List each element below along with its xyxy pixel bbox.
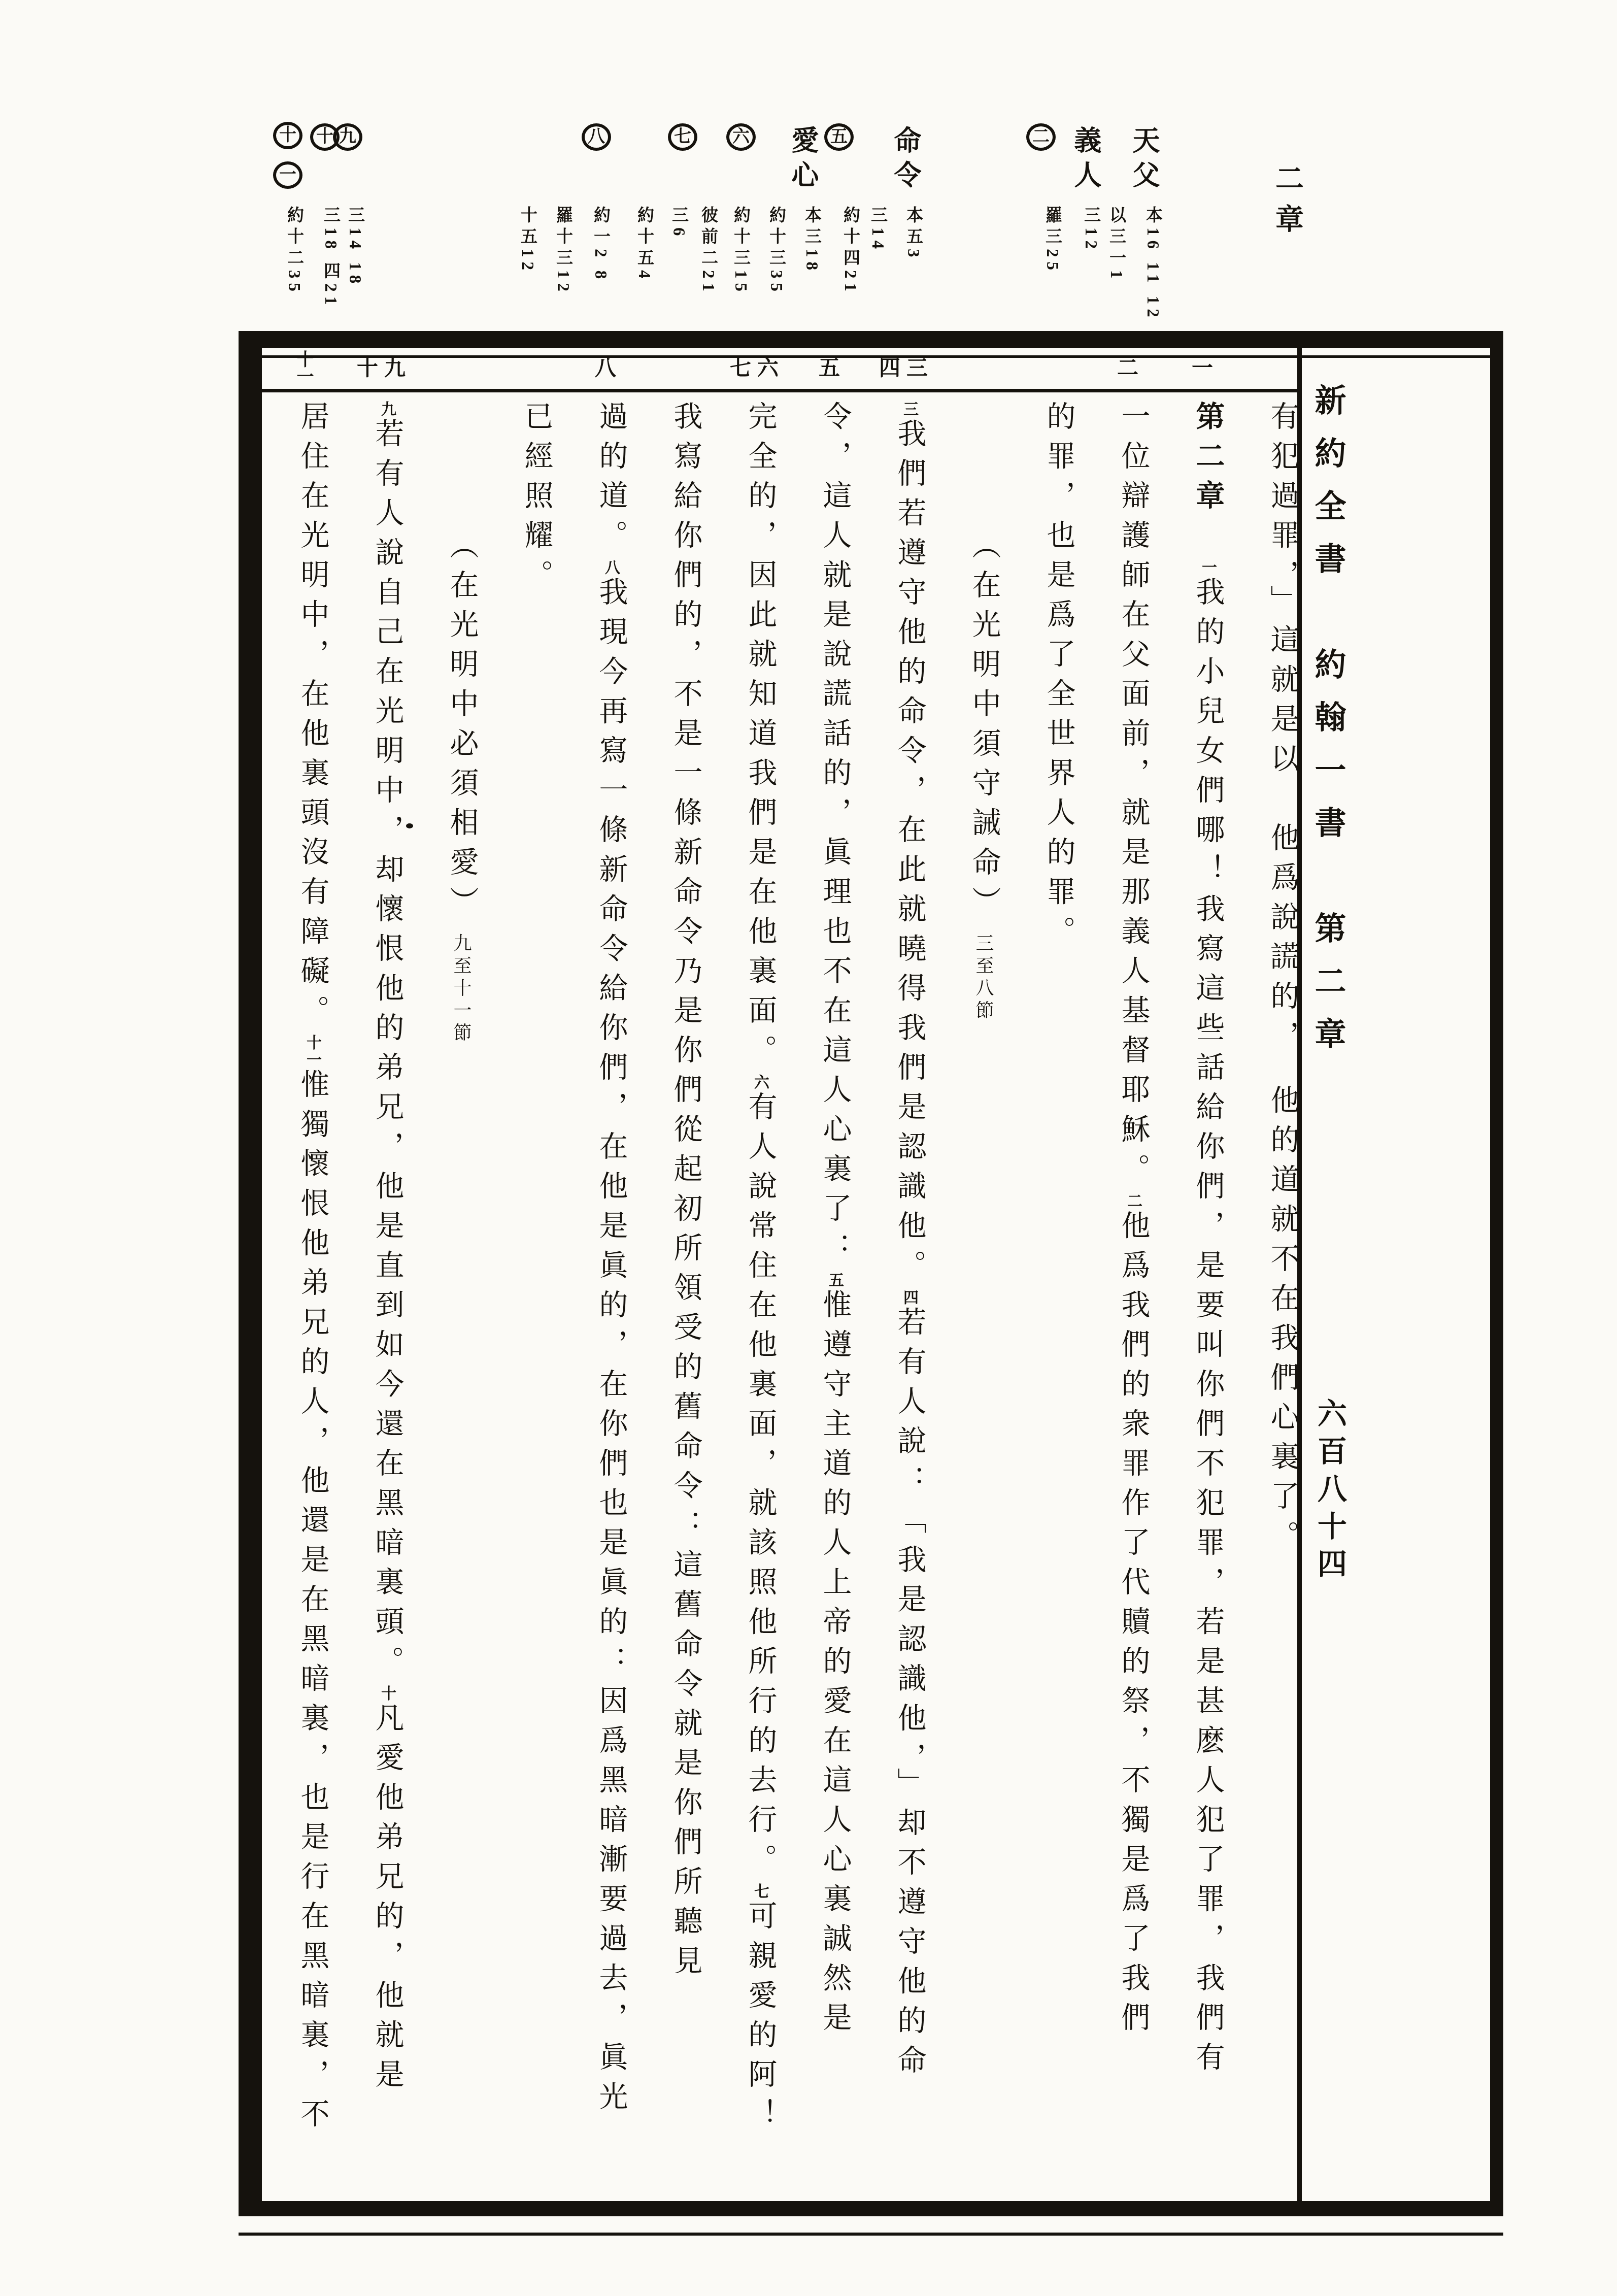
verse-strip-marker: 九 xyxy=(382,356,403,378)
cross-reference: 約十二35 xyxy=(285,206,302,511)
cross-reference: 三18 四21 xyxy=(322,206,339,511)
verse-number-sup: 七 xyxy=(752,1883,768,1901)
cross-reference: 三14 18 xyxy=(346,206,363,511)
verse-strip-marker: 一 xyxy=(1190,356,1211,378)
verse-number-sup: 八 xyxy=(602,559,619,577)
bottom-outer-rule xyxy=(239,2233,1503,2236)
section-verse-range: 三至八節 xyxy=(973,912,994,1023)
verse-number-sup: 九 xyxy=(379,401,395,418)
text-column: 有犯過罪，」這就是以 他爲說謊的， 他的道就不在我們心裏了。 xyxy=(1256,401,1297,2198)
text-column: 令，這人就是說謊話的，眞理也不在這人心裏了：五惟遵守主道的人上帝的愛在這人心裏誠… xyxy=(808,401,849,2198)
verse-number-sup: 十一 xyxy=(304,1035,321,1069)
verse-number-sup: 四 xyxy=(901,1289,918,1307)
section-verse-range: 九至十一節 xyxy=(451,912,471,1046)
cross-reference: 約十五4 xyxy=(635,206,652,511)
circled-marker-十一: 一 xyxy=(273,161,302,189)
text-column: 我寫給你們的，不是一條新命令乃是你們從起初所領受的舊命令：這舊命令就是你們所聽見 xyxy=(659,401,700,2198)
section-heading-column: （在光明中須守誡命） 三至八節 xyxy=(958,401,998,2198)
text-column: 過的道。八我現今再寫一條新命令給你們，在他是眞的，在你們也是眞的：因爲黑暗漸要過… xyxy=(585,401,625,2198)
cross-reference: 約一2 8 xyxy=(592,206,609,511)
cross-reference: 本三18 xyxy=(803,206,820,511)
circled-marker-二: 二 xyxy=(1026,123,1056,151)
circled-marker-八: 八 xyxy=(582,123,611,151)
book-title: 新約全書 約翰一書 第二章 xyxy=(1311,384,1343,2160)
cross-reference: 三12 xyxy=(1082,206,1099,511)
text-column: 九若有人說自己在光明中，却懷恨他的弟兄，他是直到如今還在黑暗裏頭。十凡愛他弟兄的… xyxy=(361,401,401,2198)
cross-reference: 以三一1 xyxy=(1107,206,1124,511)
text-column: 三我們若遵守他的命令，在此就曉得我們是認識他。四若有人說：「我是認識他，」却不遵… xyxy=(883,401,924,2198)
cross-reference: 約十三35 xyxy=(767,206,784,511)
cross-reference: 三14 xyxy=(869,206,886,511)
cross-reference: 約十三15 xyxy=(732,206,749,511)
text-column: 第二章 一我的小兒女們哪！我寫這些話給你們，是要叫你們不犯罪，若是甚麽人犯了罪，… xyxy=(1182,401,1222,2198)
text-column: 的罪，也是爲了全世界人的罪。 xyxy=(1032,401,1073,2198)
text-column: 一位辯護師在父面前，就是那義人基督耶穌。二他爲我們的衆罪作了代贖的祭，不獨是爲了… xyxy=(1107,401,1148,2198)
cross-reference: 彼前二21 xyxy=(699,206,716,511)
text-column: 已經照耀。 xyxy=(510,401,551,2198)
text-column: 完全的，因此就知道我們是在他裏面。六有人說常住在他裏面，就該照他所行的去行。七可… xyxy=(734,401,774,2198)
cross-reference: 羅十三12 xyxy=(554,206,571,511)
cross-reference: 三6 xyxy=(670,206,687,511)
cross-reference: 約十四21 xyxy=(841,206,858,511)
ink-speck xyxy=(406,823,413,828)
page-number: 六百八十四 xyxy=(1315,1398,1344,1753)
cross-reference: 本五3 xyxy=(904,206,921,511)
margin-chapter-label: 二章 xyxy=(1273,163,1301,346)
scanned-bible-page: 新約全書 約翰一書 第二章 六百八十四 二章 const data = JSON… xyxy=(0,0,1617,2296)
circled-marker-六: 六 xyxy=(726,123,756,151)
verse-number-sup: 二 xyxy=(1125,1193,1141,1210)
chapter-heading-text: 第二章 xyxy=(1192,401,1224,520)
verse-number-sup: 十 xyxy=(379,1685,395,1703)
circled-marker-七: 七 xyxy=(668,123,697,151)
cross-reference: 本16 11 12 xyxy=(1144,206,1161,511)
cross-reference: 十五12 xyxy=(519,206,535,511)
verse-strip-marker: 五 xyxy=(817,356,838,378)
verse-number-sup: 一 xyxy=(1199,559,1216,577)
verse-number-sup: 六 xyxy=(752,1074,768,1091)
circled-marker-五: 五 xyxy=(824,123,854,151)
section-heading-column: （在光明中必須相愛） 九至十一節 xyxy=(435,401,476,2198)
verse-number-sup: 五 xyxy=(826,1272,843,1289)
circled-marker-十一: 十 xyxy=(273,122,302,149)
text-column: 居住在光明中，在他裏頭沒有障礙。十一惟獨懷恨他弟兄的人，他還是在黑暗裏，也是行在… xyxy=(286,401,327,2198)
circled-marker-十: 十 xyxy=(310,123,340,151)
cross-reference: 羅三25 xyxy=(1043,206,1060,511)
